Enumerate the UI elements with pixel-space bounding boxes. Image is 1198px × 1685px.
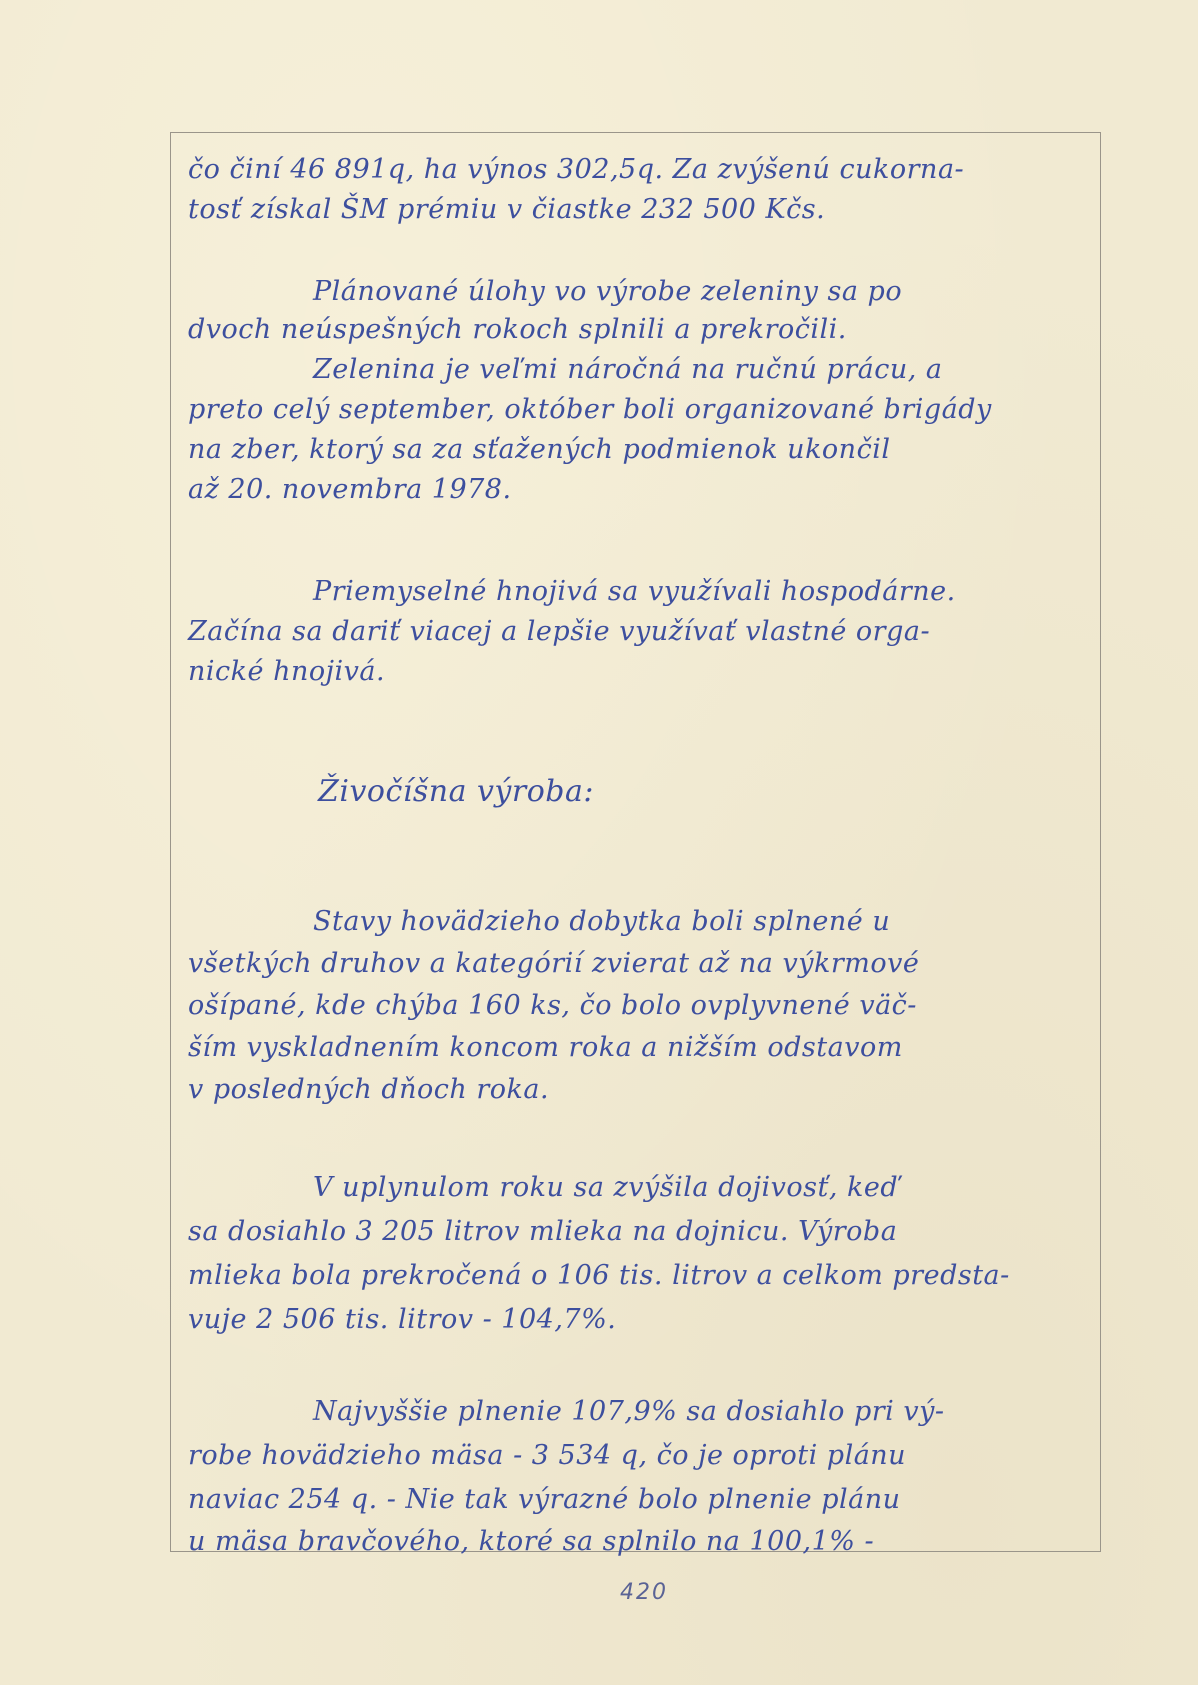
text-line: dvoch neúspešných rokoch splnili a prekr… xyxy=(188,310,847,350)
text-line: ošípané, kde chýba 160 ks, čo bolo ovply… xyxy=(188,986,917,1026)
text-line: tosť získal ŠM prémiu v čiastke 232 500 … xyxy=(188,190,825,230)
text-line: všetkých druhov a kategórií zvierat až n… xyxy=(188,944,919,984)
text-line: Zelenina je veľmi náročná na ručnú prácu… xyxy=(188,350,943,390)
text-line: V uplynulom roku sa zvýšila dojivosť, ke… xyxy=(188,1168,898,1208)
text-line: sa dosiahlo 3 205 litrov mlieka na dojni… xyxy=(188,1212,897,1252)
text-line: ším vyskladnením koncom roka a nižším od… xyxy=(188,1028,903,1068)
text-line: vuje 2 506 tis. litrov - 104,7%. xyxy=(188,1300,616,1340)
text-line: naviac 254 q. - Nie tak výrazné bolo pln… xyxy=(188,1480,901,1520)
section-heading: Živočíšna výroba: xyxy=(188,772,594,812)
text-line: Stavy hovädzieho dobytka boli splnené u xyxy=(188,902,890,942)
text-line: Začína sa dariť viacej a lepšie využívať… xyxy=(188,612,930,652)
text-line: robe hovädzieho mäsa - 3 534 q, čo je op… xyxy=(188,1436,906,1476)
text-line: na zber, ktorý sa za sťažených podmienok… xyxy=(188,430,890,470)
text-line: Najvyššie plnenie 107,9% sa dosiahlo pri… xyxy=(188,1392,944,1432)
page-number: 420 xyxy=(620,1580,668,1605)
text-line: až 20. novembra 1978. xyxy=(188,470,512,510)
text-line: mlieka bola prekročená o 106 tis. litrov… xyxy=(188,1256,1010,1296)
text-line: u mäsa bravčového, ktoré sa splnilo na 1… xyxy=(188,1522,874,1562)
text-line: čo činí 46 891q, ha výnos 302,5q. Za zvý… xyxy=(188,150,964,190)
text-line: v posledných dňoch roka. xyxy=(188,1070,549,1110)
text-line: nické hnojivá. xyxy=(188,652,385,692)
text-line: Priemyselné hnojivá sa využívali hospodá… xyxy=(188,572,956,612)
text-line: Plánované úlohy vo výrobe zeleniny sa po xyxy=(188,272,902,312)
text-line: preto celý september, október boli organ… xyxy=(188,390,992,430)
